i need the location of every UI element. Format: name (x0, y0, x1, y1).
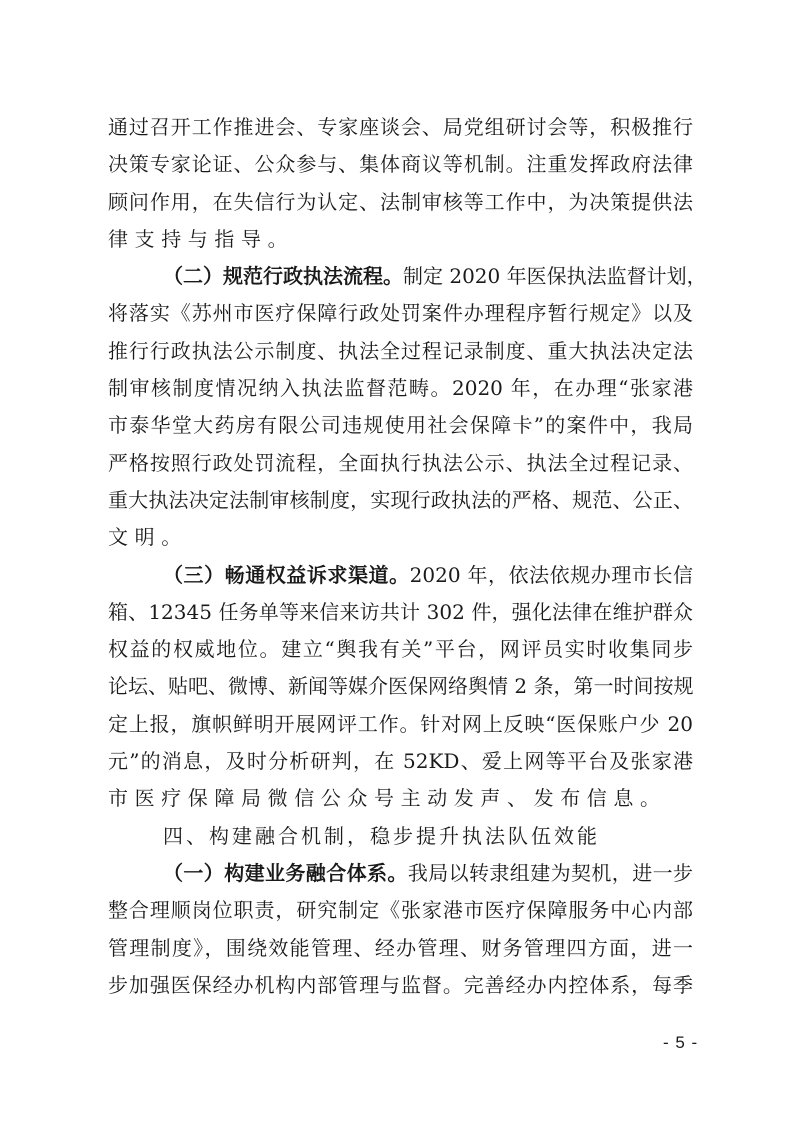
line-text: 2020 年，依法依规办理市长信 (410, 563, 693, 587)
line-text: 严格按照行政处罚流程，全面执行执法公示、执法全过程记录、 (108, 451, 693, 475)
document-page: 通过召开工作推进会、专家座谈会、局党组研讨会等，积极推行 决策专家论证、公众参与… (0, 0, 793, 1122)
text-line: 将落实《苏州市医疗保障行政处罚案件办理程序暂行规定》以及 (108, 295, 693, 332)
subsection-heading-line: （二）规范行政执法流程。制定 2020 年医保执法监督计划， (108, 258, 693, 295)
text-line: 通过召开工作推进会、专家座谈会、局党组研讨会等，积极推行 (108, 109, 693, 146)
subsection-title: （二）规范行政执法流程。 (163, 264, 403, 288)
text-line: 元”的消息，及时分析研判，在 52KD、爱上网等平台及张家港 (108, 743, 693, 780)
text-line: 推行行政执法公示制度、执法全过程记录制度、重大执法决定法 (108, 333, 693, 370)
line-text: 推行行政执法公示制度、执法全过程记录制度、重大执法决定法 (108, 339, 693, 363)
text-line: 严格按照行政处罚流程，全面执行执法公示、执法全过程记录、 (108, 445, 693, 482)
text-line: 市医疗保障局微信公众号主动发声、发布信息。 (108, 780, 693, 817)
page-number: - 5 - (663, 1033, 698, 1053)
text-line: 制审核制度情况纳入执法监督范畴。2020 年，在办理“张家港 (108, 370, 693, 407)
text-line: 律支持与指导。 (108, 221, 693, 258)
line-text: 决策专家论证、公众参与、集体商议等机制。注重发挥政府法律 (108, 152, 693, 176)
line-text: 文明。 (108, 525, 188, 549)
line-text: 步加强医保经办机构内部管理与监督。完善经办内控体系，每季 (108, 973, 693, 997)
text-line: 论坛、贴吧、微博、新闻等媒介医保网络舆情 2 条，第一时间按规 (108, 668, 693, 705)
text-line: 步加强医保经办机构内部管理与监督。完善经办内控体系，每季 (108, 967, 693, 1004)
text-line: 文明。 (108, 519, 693, 556)
line-text: 制审核制度情况纳入执法监督范畴。2020 年，在办理“张家港 (108, 376, 693, 400)
text-line: 决策专家论证、公众参与、集体商议等机制。注重发挥政府法律 (108, 146, 693, 183)
line-text: 整合理顺岗位职责，研究制定《张家港市医疗保障服务中心内部 (108, 898, 693, 922)
text-line: 定上报，旗帜鲜明开展网评工作。针对网上反映“医保账户少 20 (108, 706, 693, 743)
line-text: 将落实《苏州市医疗保障行政处罚案件办理程序暂行规定》以及 (108, 301, 693, 325)
line-text: 权益的权威地位。建立“舆我有关”平台，网评员实时收集同步 (108, 637, 693, 661)
line-text: 箱、12345 任务单等来信来访共计 302 件，强化法律在维护群众 (108, 600, 693, 624)
section-heading: 四、构建融合机制，稳步提升执法队伍效能 (108, 818, 693, 855)
text-line: 顾问作用，在失信行为认定、法制审核等工作中，为决策提供法 (108, 184, 693, 221)
text-line: 市泰华堂大药房有限公司违规使用社会保障卡”的案件中，我局 (108, 407, 693, 444)
text-line: 权益的权威地位。建立“舆我有关”平台，网评员实时收集同步 (108, 631, 693, 668)
line-text: 管理制度》，围绕效能管理、经办管理、财务管理四方面，进一 (108, 936, 693, 960)
subsection-title: （一）构建业务融合体系。 (163, 861, 408, 885)
text-line: 管理制度》，围绕效能管理、经办管理、财务管理四方面，进一 (108, 930, 693, 967)
section-title: 四、构建融合机制，稳步提升执法队伍效能 (163, 824, 600, 848)
subsection-heading-line: （三）畅通权益诉求渠道。2020 年，依法依规办理市长信 (108, 557, 693, 594)
line-text: 通过召开工作推进会、专家座谈会、局党组研讨会等，积极推行 (108, 115, 693, 139)
line-text: 论坛、贴吧、微博、新闻等媒介医保网络舆情 2 条，第一时间按规 (108, 674, 693, 698)
text-line: 箱、12345 任务单等来信来访共计 302 件，强化法律在维护群众 (108, 594, 693, 631)
line-text: 重大执法决定法制审核制度，实现行政执法的严格、规范、公正、 (108, 488, 693, 512)
line-text: 定上报，旗帜鲜明开展网评工作。针对网上反映“医保账户少 20 (108, 712, 693, 736)
subsection-heading-line: （一）构建业务融合体系。我局以转隶组建为契机，进一步 (108, 855, 693, 892)
line-text: 元”的消息，及时分析研判，在 52KD、爱上网等平台及张家港 (108, 749, 693, 773)
line-text: 制定 2020 年医保执法监督计划， (403, 264, 707, 288)
line-text: 我局以转隶组建为契机，进一步 (408, 861, 693, 885)
line-text: 顾问作用，在失信行为认定、法制审核等工作中，为决策提供法 (108, 190, 693, 214)
text-line: 整合理顺岗位职责，研究制定《张家港市医疗保障服务中心内部 (108, 892, 693, 929)
text-line: 重大执法决定法制审核制度，实现行政执法的严格、规范、公正、 (108, 482, 693, 519)
line-text: 市泰华堂大药房有限公司违规使用社会保障卡”的案件中，我局 (108, 413, 693, 437)
body-text: 通过召开工作推进会、专家座谈会、局党组研讨会等，积极推行 决策专家论证、公众参与… (108, 109, 693, 1004)
line-text: 市医疗保障局微信公众号主动发声、发布信息。 (108, 786, 667, 810)
subsection-title: （三）畅通权益诉求渠道。 (163, 563, 410, 587)
line-text: 律支持与指导。 (108, 227, 294, 251)
